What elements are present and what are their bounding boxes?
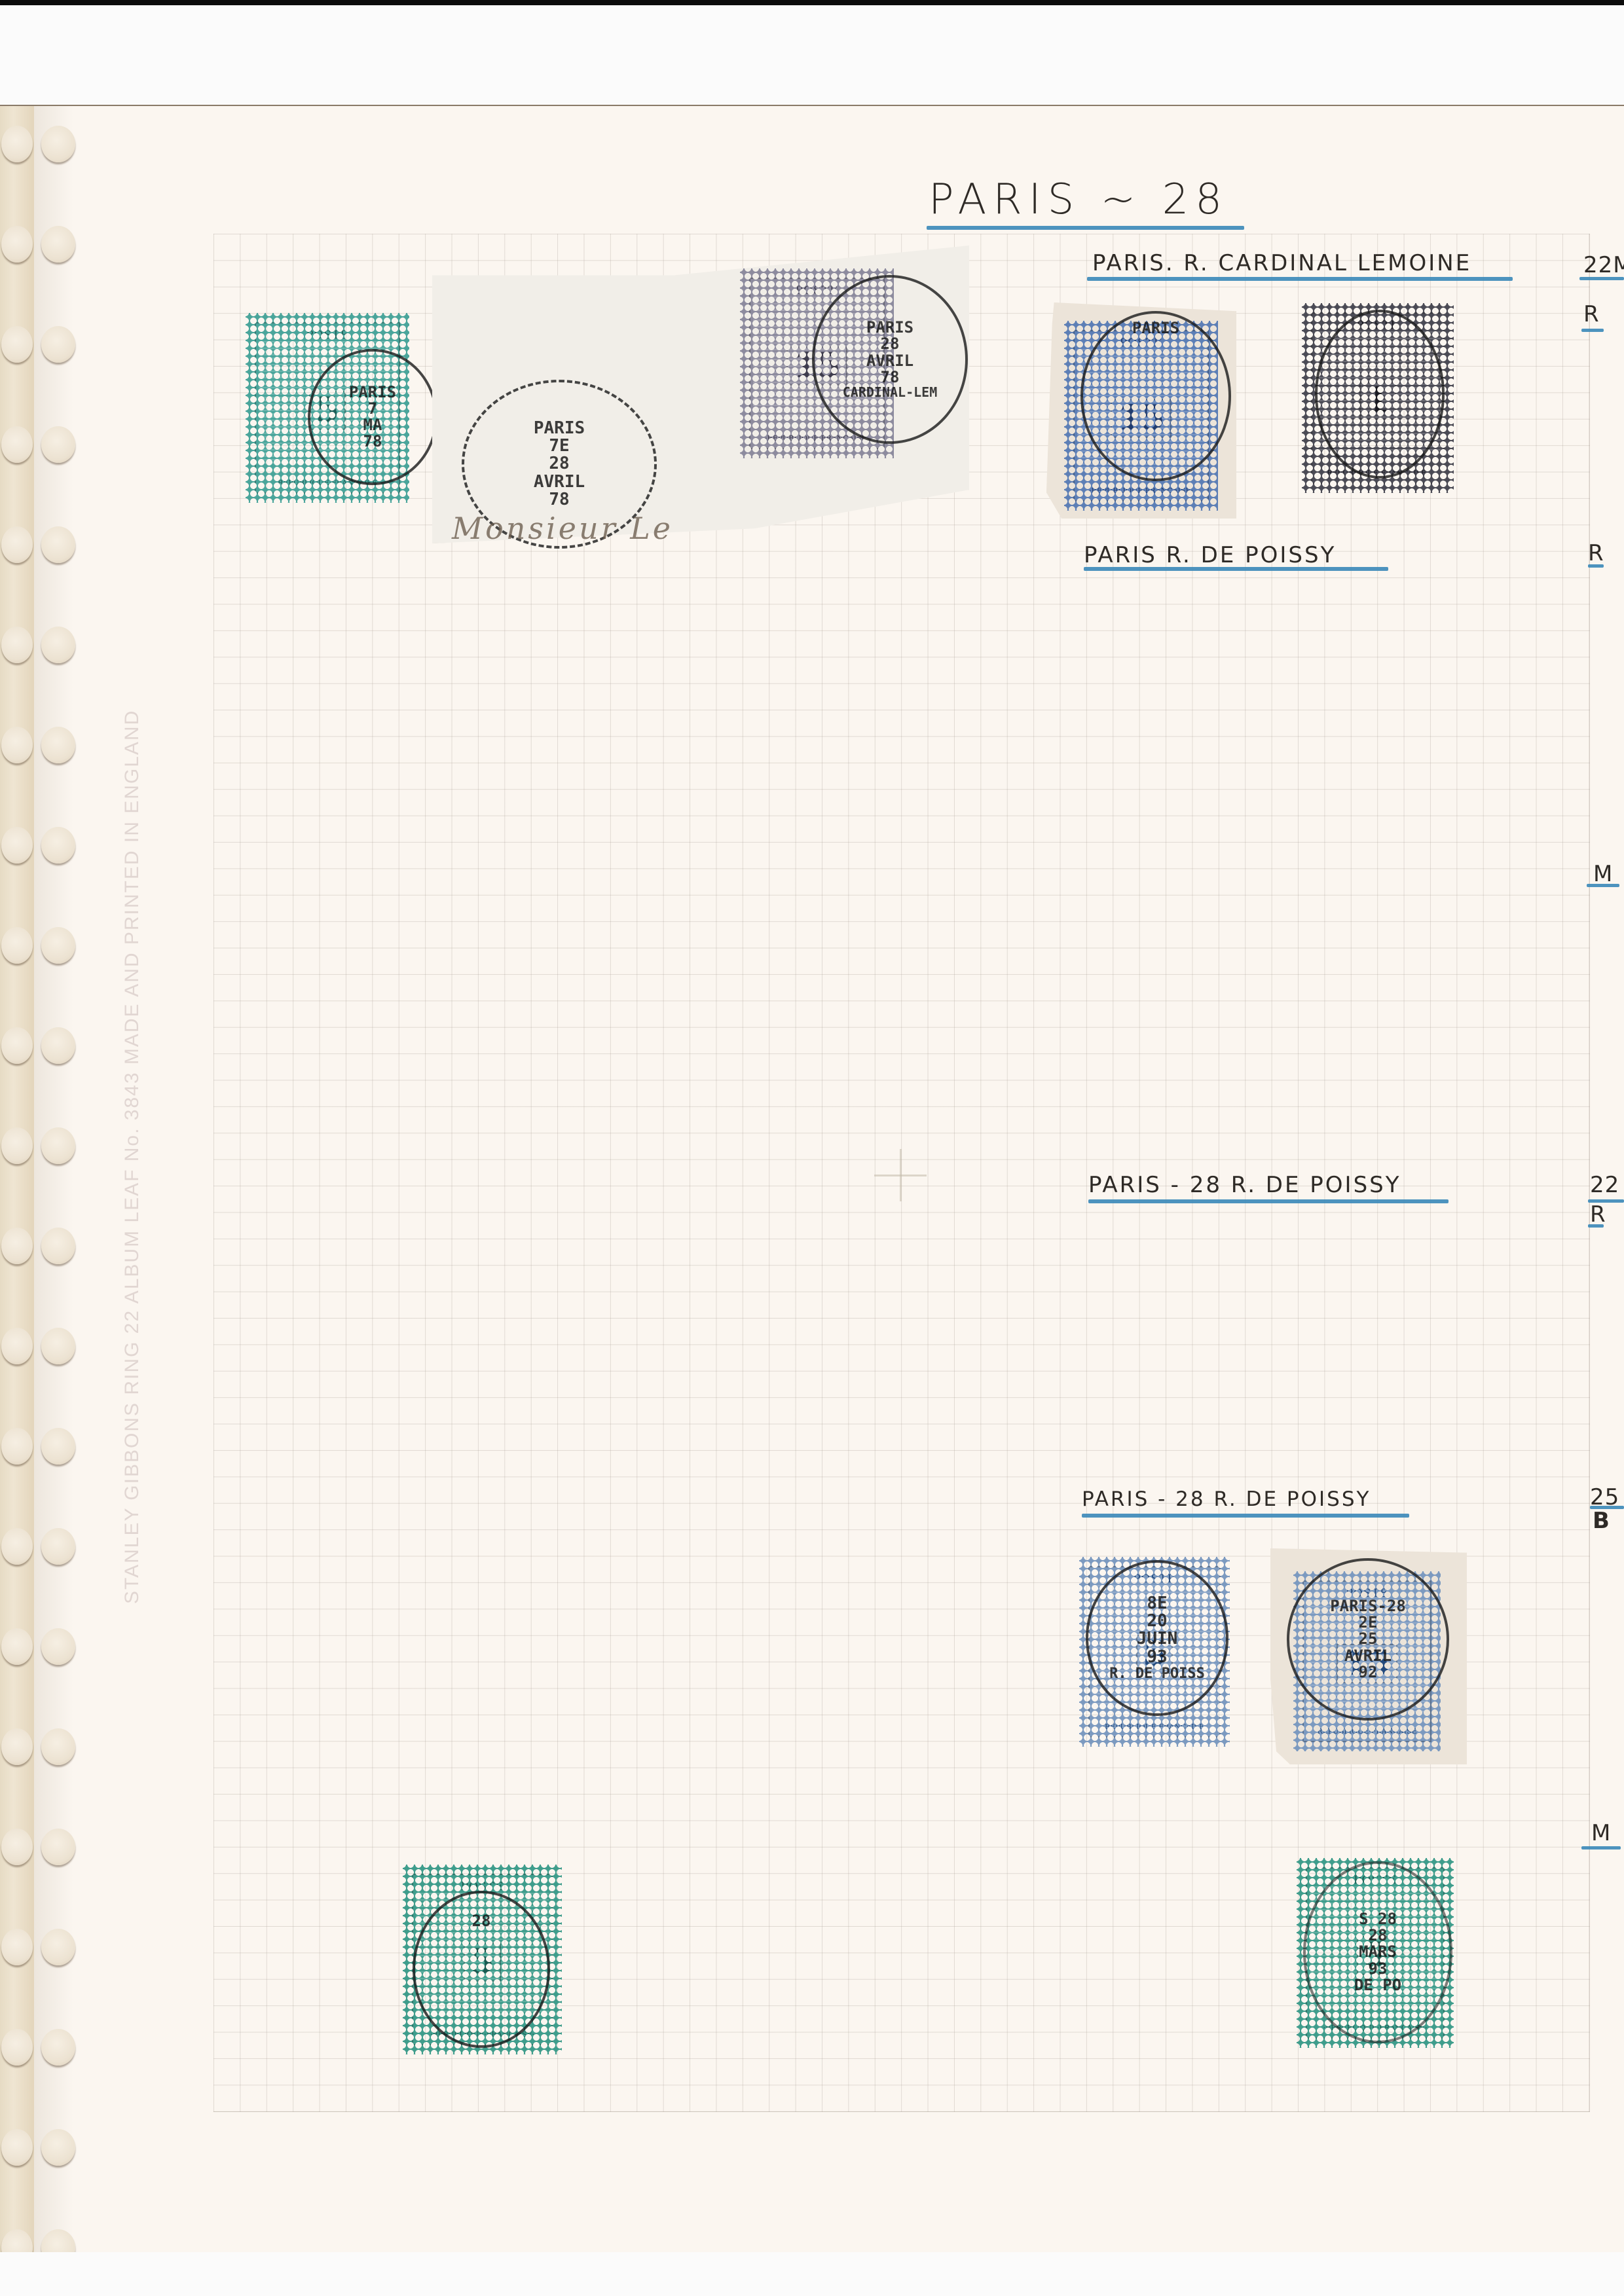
ring-hole-icon — [1, 1127, 33, 1164]
center-mark-icon — [900, 1149, 902, 1201]
ring-hole-icon — [41, 1829, 75, 1865]
margin-note: B — [1593, 1508, 1610, 1534]
heading-underline — [1082, 1514, 1409, 1518]
margin-note: M — [1591, 1820, 1611, 1846]
ring-hole-icon — [1, 2129, 33, 2166]
stamp-15c-gray[interactable]: POSTE 15 ·REPUBLIQUE·FRANCAISE· PARIS 28… — [740, 268, 894, 458]
ring-hole-icon — [1, 627, 33, 663]
ring-hole-icon — [1, 827, 33, 864]
ring-hole-icon — [1, 126, 33, 162]
ring-hole-icon — [41, 2029, 75, 2066]
postmark: 28 — [413, 1891, 550, 2048]
stamp-poste-label: POSTE — [796, 284, 839, 297]
section-heading-cardinal-lemoine: PARIS. R. CARDINAL LEMOINE — [1092, 250, 1471, 276]
ring-hole-icon — [41, 727, 75, 763]
stamp-country: ·REPUBLIQUE·FRANCAISE· — [1089, 486, 1193, 495]
margin-underline — [1588, 564, 1604, 568]
scanner-edge — [0, 0, 1624, 5]
stamp-15c-blue[interactable]: POSTE 15 ·REPUBLIQUE·FRANCAISE· PARIS — [1064, 321, 1218, 511]
ring-hole-icon — [1, 1528, 33, 1565]
page-title: PARIS ~ 28 — [929, 175, 1228, 224]
ring-hole-icon — [41, 1127, 75, 1164]
postmark: PARIS-28 2E 25 AVRIL 92 — [1287, 1558, 1449, 1721]
ring-hole-icon — [1, 1428, 33, 1465]
ring-hole-icon — [41, 1027, 75, 1064]
stamp-poste-label: POSTE — [306, 329, 349, 342]
ring-hole-icon — [1, 1829, 33, 1865]
ring-hole-icon — [41, 1628, 75, 1665]
album-leaf-imprint: STANLEY GIBBONS RING 22 ALBUM LEAF No. 3… — [121, 710, 143, 1604]
ring-hole-icon — [1, 927, 33, 964]
margin-underline — [1581, 329, 1604, 332]
ring-hole-icon — [1, 1728, 33, 1765]
ring-hole-icon — [41, 526, 75, 563]
stamp-5c-blue[interactable]: POSTE 5 ·REPUBLIQUE·FRANCAISE· 8E 20 JUI… — [1079, 1557, 1230, 1747]
stamp-5c-green-3[interactable]: POSTE 5 ·REPUBLIQUE·FRANCAISE· S 28 28 M… — [1297, 1858, 1454, 2048]
stamp-country: ·REPUBLIQUE·FRANCAISE· — [1102, 1722, 1206, 1731]
ring-hole-icon — [41, 1528, 75, 1565]
ring-hole-icon — [41, 1929, 75, 1965]
postmark: S 28 28 MARS 93 DE PO — [1303, 1861, 1452, 2043]
ring-hole-icon — [1, 526, 33, 563]
manuscript-address: Monsieur Le — [452, 511, 673, 546]
margin-note: R — [1583, 301, 1600, 327]
ring-hole-icon — [41, 1428, 75, 1465]
ring-hole-icon — [1, 1328, 33, 1364]
ring-hole-icon — [41, 126, 75, 162]
postmark: PARIS — [1080, 311, 1231, 481]
section-heading-paris-28-de-poissy: PARIS - 28 R. DE POISSY — [1088, 1172, 1401, 1198]
ring-hole-icon — [41, 1228, 75, 1264]
ring-hole-icon — [1, 1027, 33, 1064]
margin-note: R — [1590, 1201, 1606, 1228]
stamp-5c-green[interactable]: POSTE 5 ·REPUBLIQUE·FRANCAISE· PARIS 7 M… — [246, 313, 409, 503]
heading-underline — [1088, 1199, 1449, 1203]
ring-hole-icon — [1, 226, 33, 263]
ring-hole-icon — [1, 1628, 33, 1665]
stamp-country: ·REPUBLIQUE·FRANCAISE· — [765, 434, 869, 443]
section-heading-de-poissy: PARIS R. DE POISSY — [1084, 542, 1336, 568]
stamp-5c-green-2[interactable]: POSTE 5 ·REPUBLIQUE·FRANCAISE· 28 — [403, 1865, 562, 2054]
margin-note: M — [1593, 861, 1613, 887]
ring-hole-icon — [41, 226, 75, 263]
ring-hole-icon — [41, 326, 75, 363]
postmark: 8E 20 JUIN 93 R. DE POISS — [1086, 1560, 1228, 1716]
heading-underline — [1087, 277, 1513, 281]
stamp-1c-black[interactable]: POSTE 1 REPUBLIQUE·FRANCAISE· — [1302, 303, 1454, 493]
ring-hole-icon — [41, 426, 75, 463]
margin-note: 22 — [1590, 1172, 1619, 1198]
ring-hole-icon — [41, 927, 75, 964]
postmark: PARIS 28 AVRIL 78 CARDINAL-LEM — [812, 275, 968, 444]
margin-underline — [1588, 1224, 1604, 1228]
postmark: PARIS 7 MA 78 — [308, 349, 437, 485]
ring-hole-icon — [1, 727, 33, 763]
ring-hole-icon — [41, 827, 75, 864]
stamp-15c-blue-2[interactable]: POSTE 15 ·REPUBLIQUE·FRANCAISE· PARIS-28… — [1293, 1571, 1441, 1751]
margin-underline — [1587, 884, 1619, 887]
section-heading-paris-28-de-poissy-2: PARIS - 28 R. DE POISSY — [1082, 1487, 1371, 1511]
ring-hole-icon — [41, 1728, 75, 1765]
heading-underline — [1084, 567, 1388, 571]
margin-note: 22M — [1583, 252, 1624, 278]
ring-hole-icon — [41, 627, 75, 663]
ring-hole-icon — [41, 1328, 75, 1364]
ring-hole-icon — [1, 1929, 33, 1965]
ring-hole-icon — [1, 426, 33, 463]
stamp-country: ·REPUBLIQUE·FRANCAISE· — [1315, 1727, 1419, 1736]
title-underline — [927, 226, 1244, 230]
margin-note: R — [1588, 540, 1604, 566]
margin-underline — [1579, 277, 1624, 280]
postmark — [1315, 310, 1445, 479]
ring-hole-icon — [1, 326, 33, 363]
ring-hole-icon — [41, 2129, 75, 2166]
ring-hole-icon — [1, 1228, 33, 1264]
scan-background — [0, 2252, 1624, 2296]
margin-underline — [1581, 1846, 1621, 1850]
ring-hole-icon — [1, 2029, 33, 2066]
